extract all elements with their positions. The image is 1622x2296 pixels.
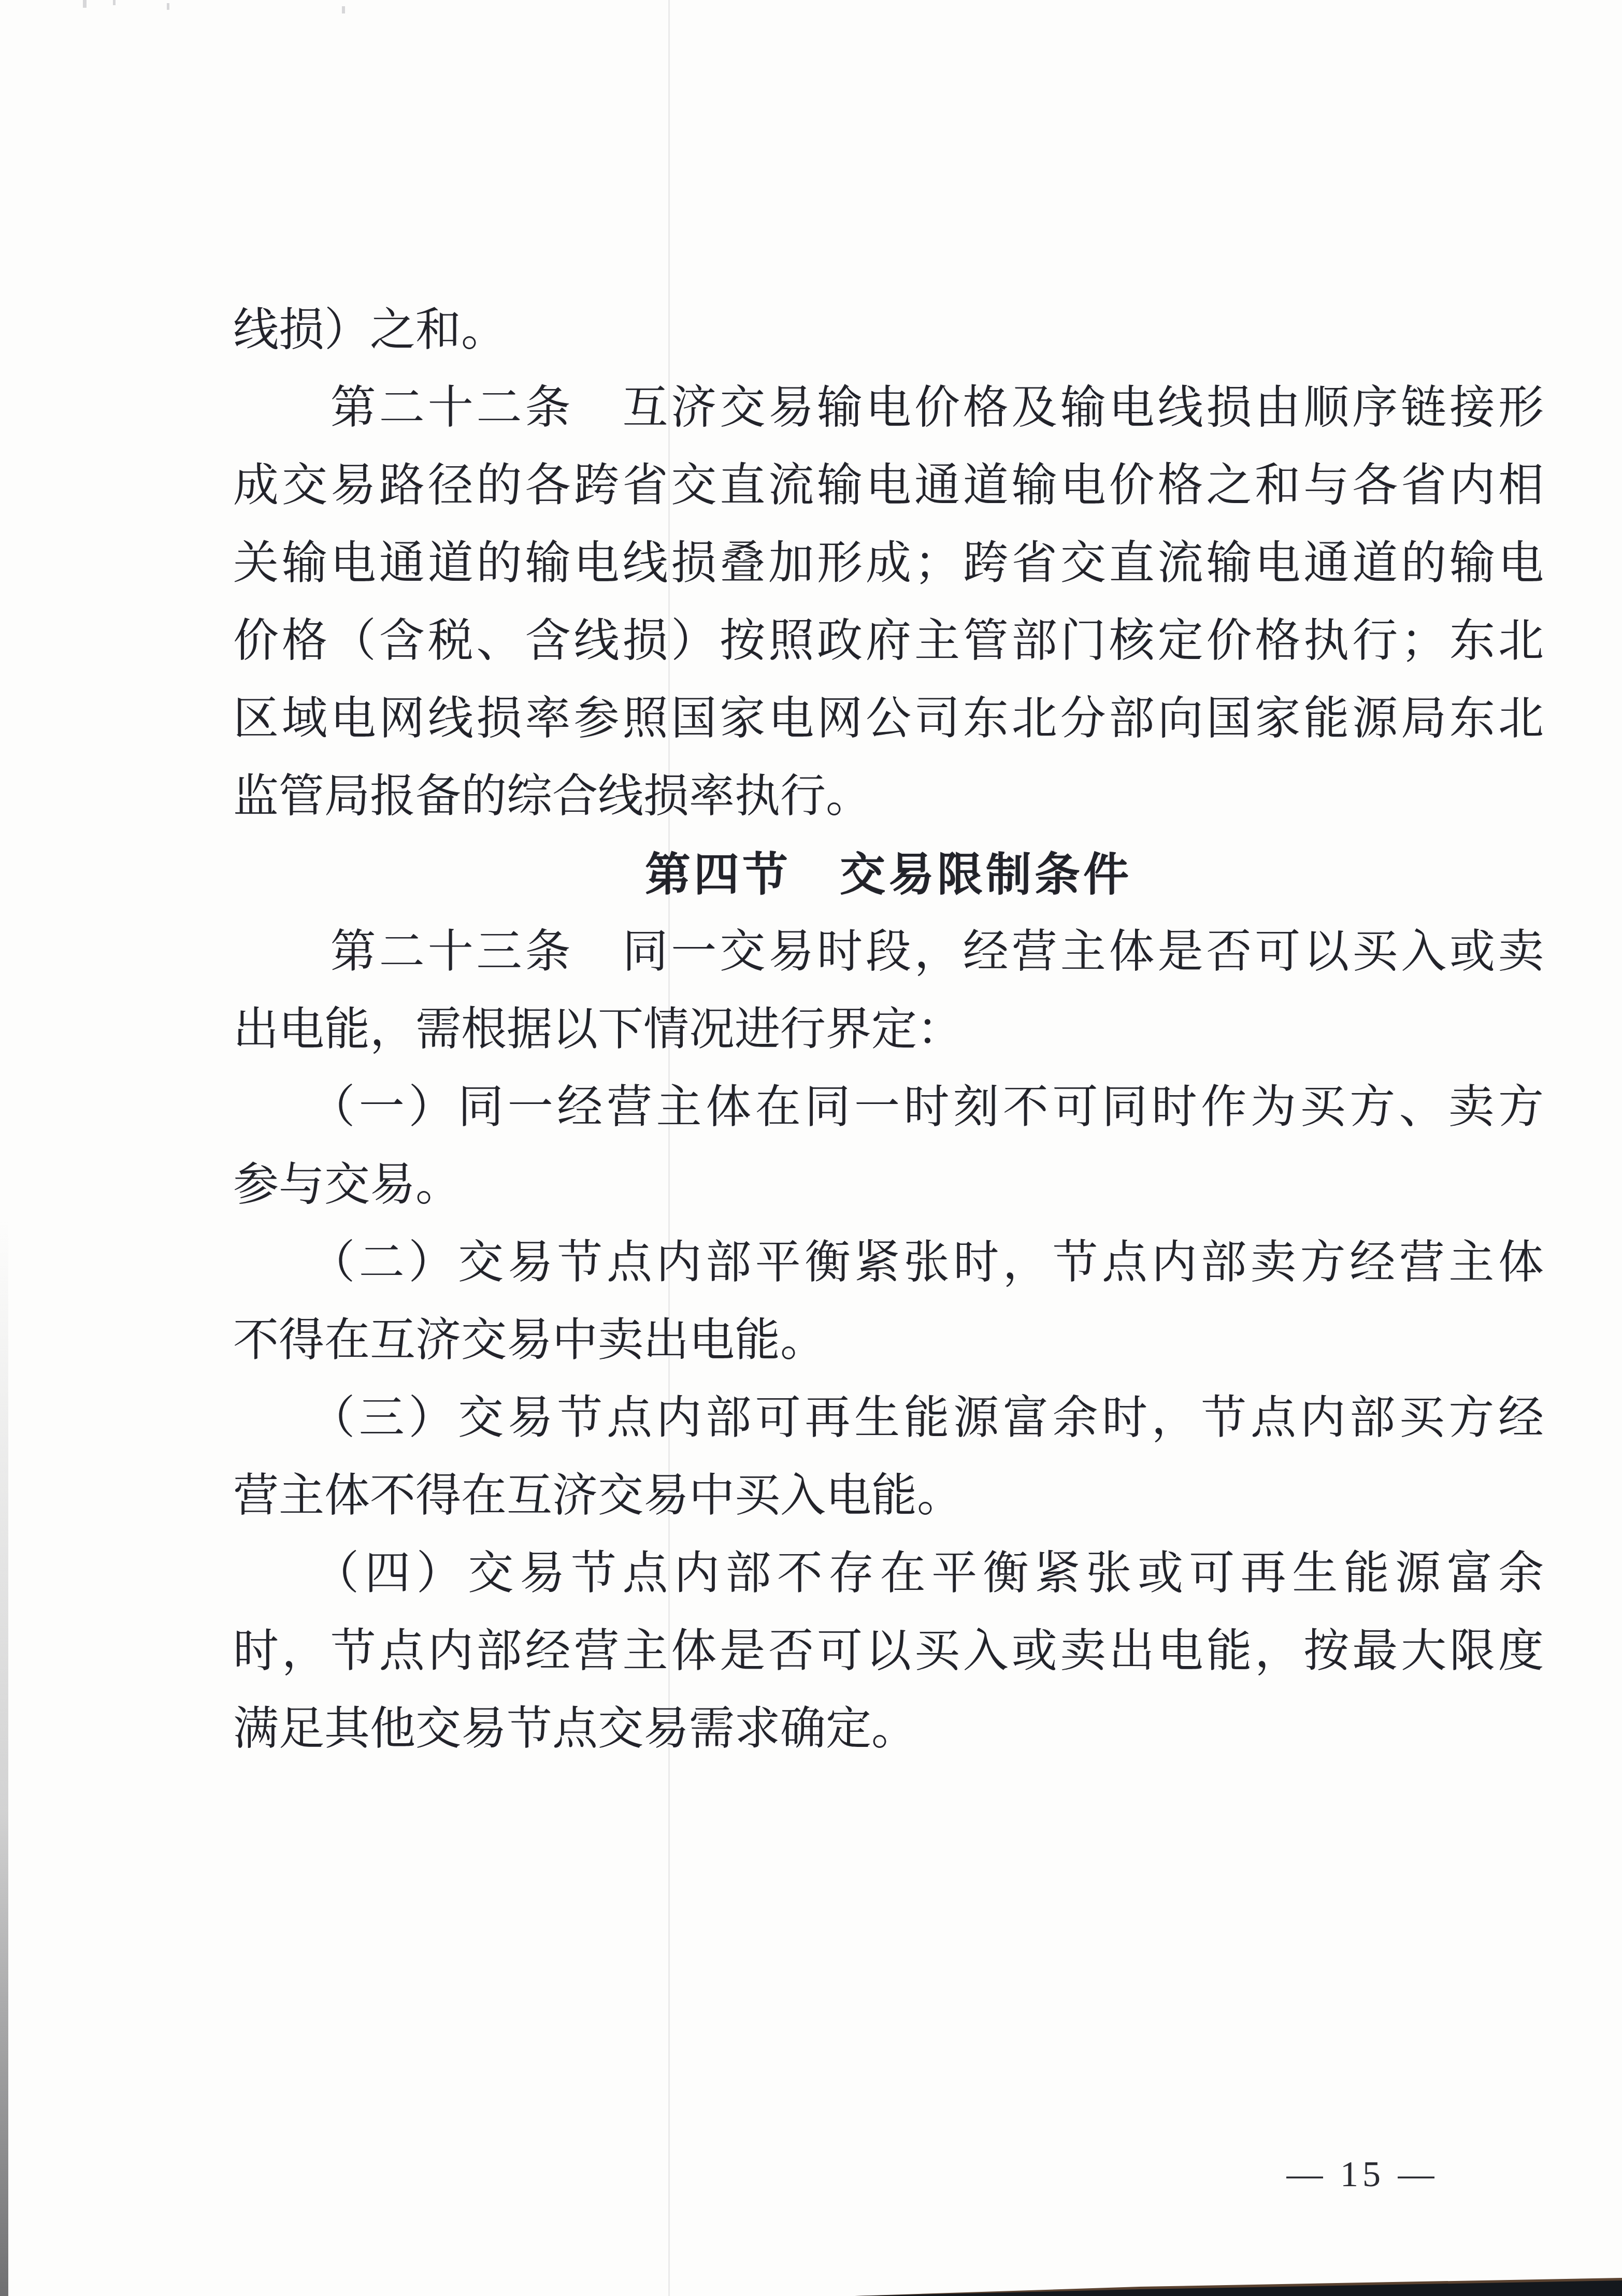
section-heading: 第四节 交易限制条件 (233, 836, 1544, 913)
document-line: 区域电网线损率参照国家电网公司东北分部向国家能源局东北 (233, 680, 1544, 758)
document-line: 第二十三条 同一交易时段，经营主体是否可以买入或卖 (233, 913, 1544, 991)
document-line: （二）交易节点内部平衡紧张时，节点内部卖方经营主体 (233, 1224, 1544, 1302)
document-line: 出电能，需根据以下情况进行界定： (233, 991, 1544, 1069)
scanned-document-page: 线损）之和。 第二十二条 互济交易输电价格及输电线损由顺序链接形 成交易路径的各… (0, 0, 1622, 2296)
scan-tick-artifact (342, 6, 345, 13)
document-line: 营主体不得在互济交易中买入电能。 (233, 1457, 1544, 1535)
page-edge-shadow (0, 1217, 8, 2296)
scan-tick-artifact (167, 3, 169, 10)
scan-tick-artifact (83, 0, 87, 8)
document-line: （三）交易节点内部可再生能源富余时，节点内部买方经 (233, 1380, 1544, 1457)
document-line: （一）同一经营主体在同一时刻不可同时作为买方、卖方 (233, 1069, 1544, 1146)
page-number: — 15 — (1254, 2154, 1471, 2195)
document-line: 监管局报备的综合线损率执行。 (233, 758, 1544, 836)
document-line: 参与交易。 (233, 1146, 1544, 1224)
document-line: 成交易路径的各跨省交直流输电通道输电价格之和与各省内相 (233, 447, 1544, 525)
document-line: 线损）之和。 (233, 292, 1544, 369)
document-line: （四）交易节点内部不存在平衡紧张或可再生能源富余 (233, 1535, 1544, 1613)
scan-tick-artifact (113, 0, 116, 5)
document-line: 价格（含税、含线损）按照政府主管部门核定价格执行；东北 (233, 602, 1544, 680)
document-line: 关输电通道的输电线损叠加形成；跨省交直流输电通道的输电 (233, 525, 1544, 602)
document-line: 满足其他交易节点交易需求确定。 (233, 1690, 1544, 1768)
document-line: 不得在互济交易中卖出电能。 (233, 1302, 1544, 1380)
document-line: 时，节点内部经营主体是否可以买入或卖出电能，按最大限度 (233, 1613, 1544, 1690)
document-body: 线损）之和。 第二十二条 互济交易输电价格及输电线损由顺序链接形 成交易路径的各… (233, 292, 1544, 1768)
document-line: 第二十二条 互济交易输电价格及输电线损由顺序链接形 (233, 369, 1544, 447)
